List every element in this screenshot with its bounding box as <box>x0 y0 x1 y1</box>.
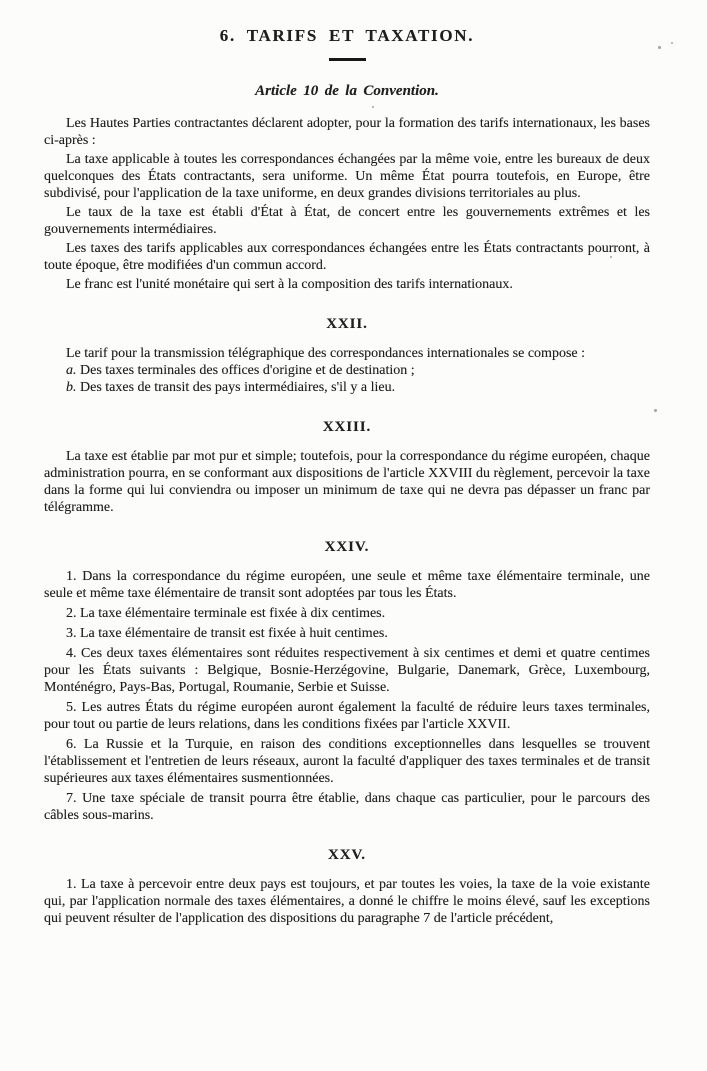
scan-speck <box>658 46 661 49</box>
item-marker-xxv-1: 1. <box>66 877 77 892</box>
item-marker-5: 5. <box>66 700 77 715</box>
item-text-6: La Russie et la Turquie, en raison des c… <box>44 737 650 786</box>
scan-speck <box>470 885 472 889</box>
intro-paragraph-2: La taxe applicable à toutes les correspo… <box>44 151 650 202</box>
item-marker-6: 6. <box>66 737 77 752</box>
item-marker-1: 1. <box>66 569 77 584</box>
scan-speck <box>671 42 673 44</box>
scan-speck <box>654 409 657 412</box>
item-text-5: Les autres États du régime européen auro… <box>44 700 650 732</box>
list-text-a: Des taxes terminales des offices d'origi… <box>80 363 415 378</box>
item-text-2: La taxe élémentaire terminale est fixée … <box>80 606 385 621</box>
section-xxiii-paragraph: La taxe est établie par mot pur et simpl… <box>44 448 650 516</box>
numbered-item-7: 7. Une taxe spéciale de transit pourra ê… <box>44 790 650 824</box>
article-subtitle: Article 10 de la Convention. <box>44 82 650 100</box>
item-marker-7: 7. <box>66 791 77 806</box>
scan-speck <box>560 899 562 902</box>
page-title: 6. TARIFS ET TAXATION. <box>44 26 650 46</box>
list-item-b: b. Des taxes de transit des pays intermé… <box>44 379 650 396</box>
intro-paragraph-3: Le taux de la taxe est établi d'État à É… <box>44 204 650 238</box>
item-text-xxv-1: La taxe à percevoir entre deux pays est … <box>44 877 650 926</box>
list-item-a: a. Des taxes terminales des offices d'or… <box>44 362 650 379</box>
scan-speck <box>372 106 374 108</box>
section-heading-xxv: XXV. <box>44 846 650 864</box>
item-marker-2: 2. <box>66 606 77 621</box>
section-xxii-paragraph: Le tarif pour la transmission télégraphi… <box>44 345 650 362</box>
list-marker-b: b. <box>66 380 77 395</box>
numbered-item-5: 5. Les autres États du régime européen a… <box>44 699 650 733</box>
numbered-item-6: 6. La Russie et la Turquie, en raison de… <box>44 736 650 787</box>
intro-block: Les Hautes Parties contractantes déclare… <box>44 115 650 293</box>
numbered-item-2: 2. La taxe élémentaire terminale est fix… <box>44 605 650 622</box>
scan-speck <box>584 902 586 904</box>
numbered-item-1: 1. Dans la correspondance du régime euro… <box>44 568 650 602</box>
section-heading-xxii: XXII. <box>44 315 650 333</box>
section-heading-xxiii: XXIII. <box>44 418 650 436</box>
title-divider <box>329 58 366 61</box>
numbered-item-4: 4. Ces deux taxes élémentaires sont rédu… <box>44 645 650 696</box>
intro-paragraph-4: Les taxes des tarifs applicables aux cor… <box>44 240 650 274</box>
item-text-1: Dans la correspondance du régime europée… <box>44 569 650 601</box>
list-text-b: Des taxes de transit des pays intermédia… <box>80 380 395 395</box>
intro-paragraph-1: Les Hautes Parties contractantes déclare… <box>44 115 650 149</box>
list-marker-a: a. <box>66 363 77 378</box>
item-text-3: La taxe élémentaire de transit est fixée… <box>80 626 388 641</box>
intro-paragraph-5: Le franc est l'unité monétaire qui sert … <box>44 276 650 293</box>
numbered-item-xxv-1: 1. La taxe à percevoir entre deux pays e… <box>44 876 650 927</box>
document-page: 6. TARIFS ET TAXATION. Article 10 de la … <box>0 0 707 1071</box>
section-heading-xxiv: XXIV. <box>44 538 650 556</box>
item-text-4: Ces deux taxes élémentaires sont réduite… <box>44 646 650 695</box>
numbered-item-3: 3. La taxe élémentaire de transit est fi… <box>44 625 650 642</box>
item-text-7: Une taxe spéciale de transit pourra être… <box>44 791 650 823</box>
scan-speck <box>610 256 612 258</box>
item-marker-4: 4. <box>66 646 77 661</box>
item-marker-3: 3. <box>66 626 77 641</box>
